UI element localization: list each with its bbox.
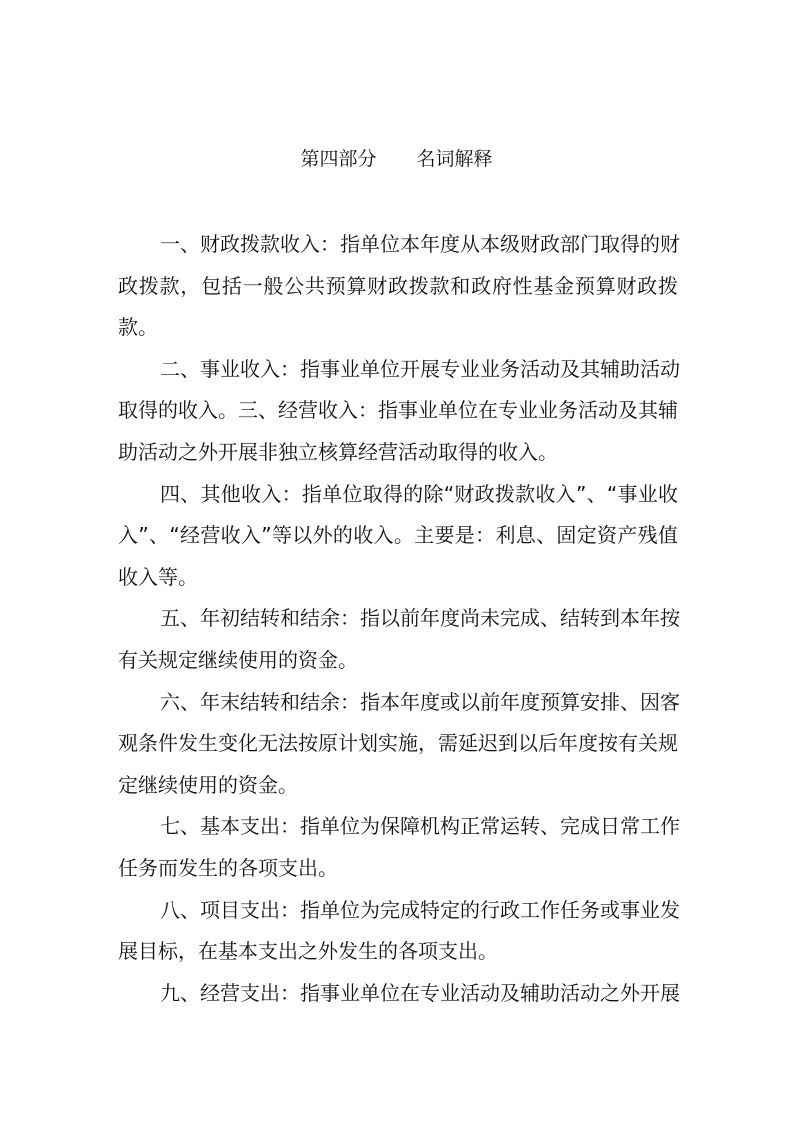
paragraph-4-line-1: 五、年初结转和结余：指以前年度尚未完成、结转到本年按 xyxy=(118,600,678,642)
definitions-body: 一、财政拨款收入：指单位本年度从本级财政部门取得的财 政拨款，包括一般公共预算财… xyxy=(118,226,678,1016)
paragraph-7-line-2: 展目标，在基本支出之外发生的各项支出。 xyxy=(118,933,678,975)
section-title: 第四部分名词解释 xyxy=(0,146,793,172)
paragraph-2-line-2: 取得的收入。三、经营收入：指事业单位在专业业务活动及其辅 xyxy=(118,392,678,434)
section-title-part: 第四部分 xyxy=(300,148,376,170)
paragraph-5-line-1: 六、年末结转和结余：指本年度或以前年度预算安排、因客 xyxy=(118,684,678,726)
paragraph-7-line-1: 八、项目支出：指单位为完成特定的行政工作任务或事业发 xyxy=(118,892,678,934)
paragraph-5-line-2: 观条件发生变化无法按原计划实施，需延迟到以后年度按有关规 xyxy=(118,725,678,767)
paragraph-1-line-3: 款。 xyxy=(118,309,678,351)
paragraph-3-line-1: 四、其他收入：指单位取得的除“财政拨款收入”、“事业收 xyxy=(118,476,678,518)
paragraph-5-line-3: 定继续使用的资金。 xyxy=(118,767,678,809)
paragraph-6-line-2: 任务而发生的各项支出。 xyxy=(118,850,678,892)
paragraph-2-line-1: 二、事业收入：指事业单位开展专业业务活动及其辅助活动 xyxy=(118,351,678,393)
document-page: 第四部分名词解释 一、财政拨款收入：指单位本年度从本级财政部门取得的财 政拨款，… xyxy=(0,0,793,1122)
paragraph-3-line-3: 收入等。 xyxy=(118,559,678,601)
paragraph-6-line-1: 七、基本支出：指单位为保障机构正常运转、完成日常工作 xyxy=(118,808,678,850)
paragraph-8-line-1: 九、经营支出：指事业单位在专业活动及辅助活动之外开展 xyxy=(118,975,678,1017)
paragraph-2-line-3: 助活动之外开展非独立核算经营活动取得的收入。 xyxy=(118,434,678,476)
section-title-name: 名词解释 xyxy=(417,148,493,170)
paragraph-4-line-2: 有关规定继续使用的资金。 xyxy=(118,642,678,684)
paragraph-3-line-2: 入”、“经营收入”等以外的收入。主要是：利息、固定资产残值 xyxy=(118,517,678,559)
paragraph-1-line-1: 一、财政拨款收入：指单位本年度从本级财政部门取得的财 xyxy=(118,226,678,268)
paragraph-1-line-2: 政拨款，包括一般公共预算财政拨款和政府性基金预算财政拨 xyxy=(118,268,678,310)
